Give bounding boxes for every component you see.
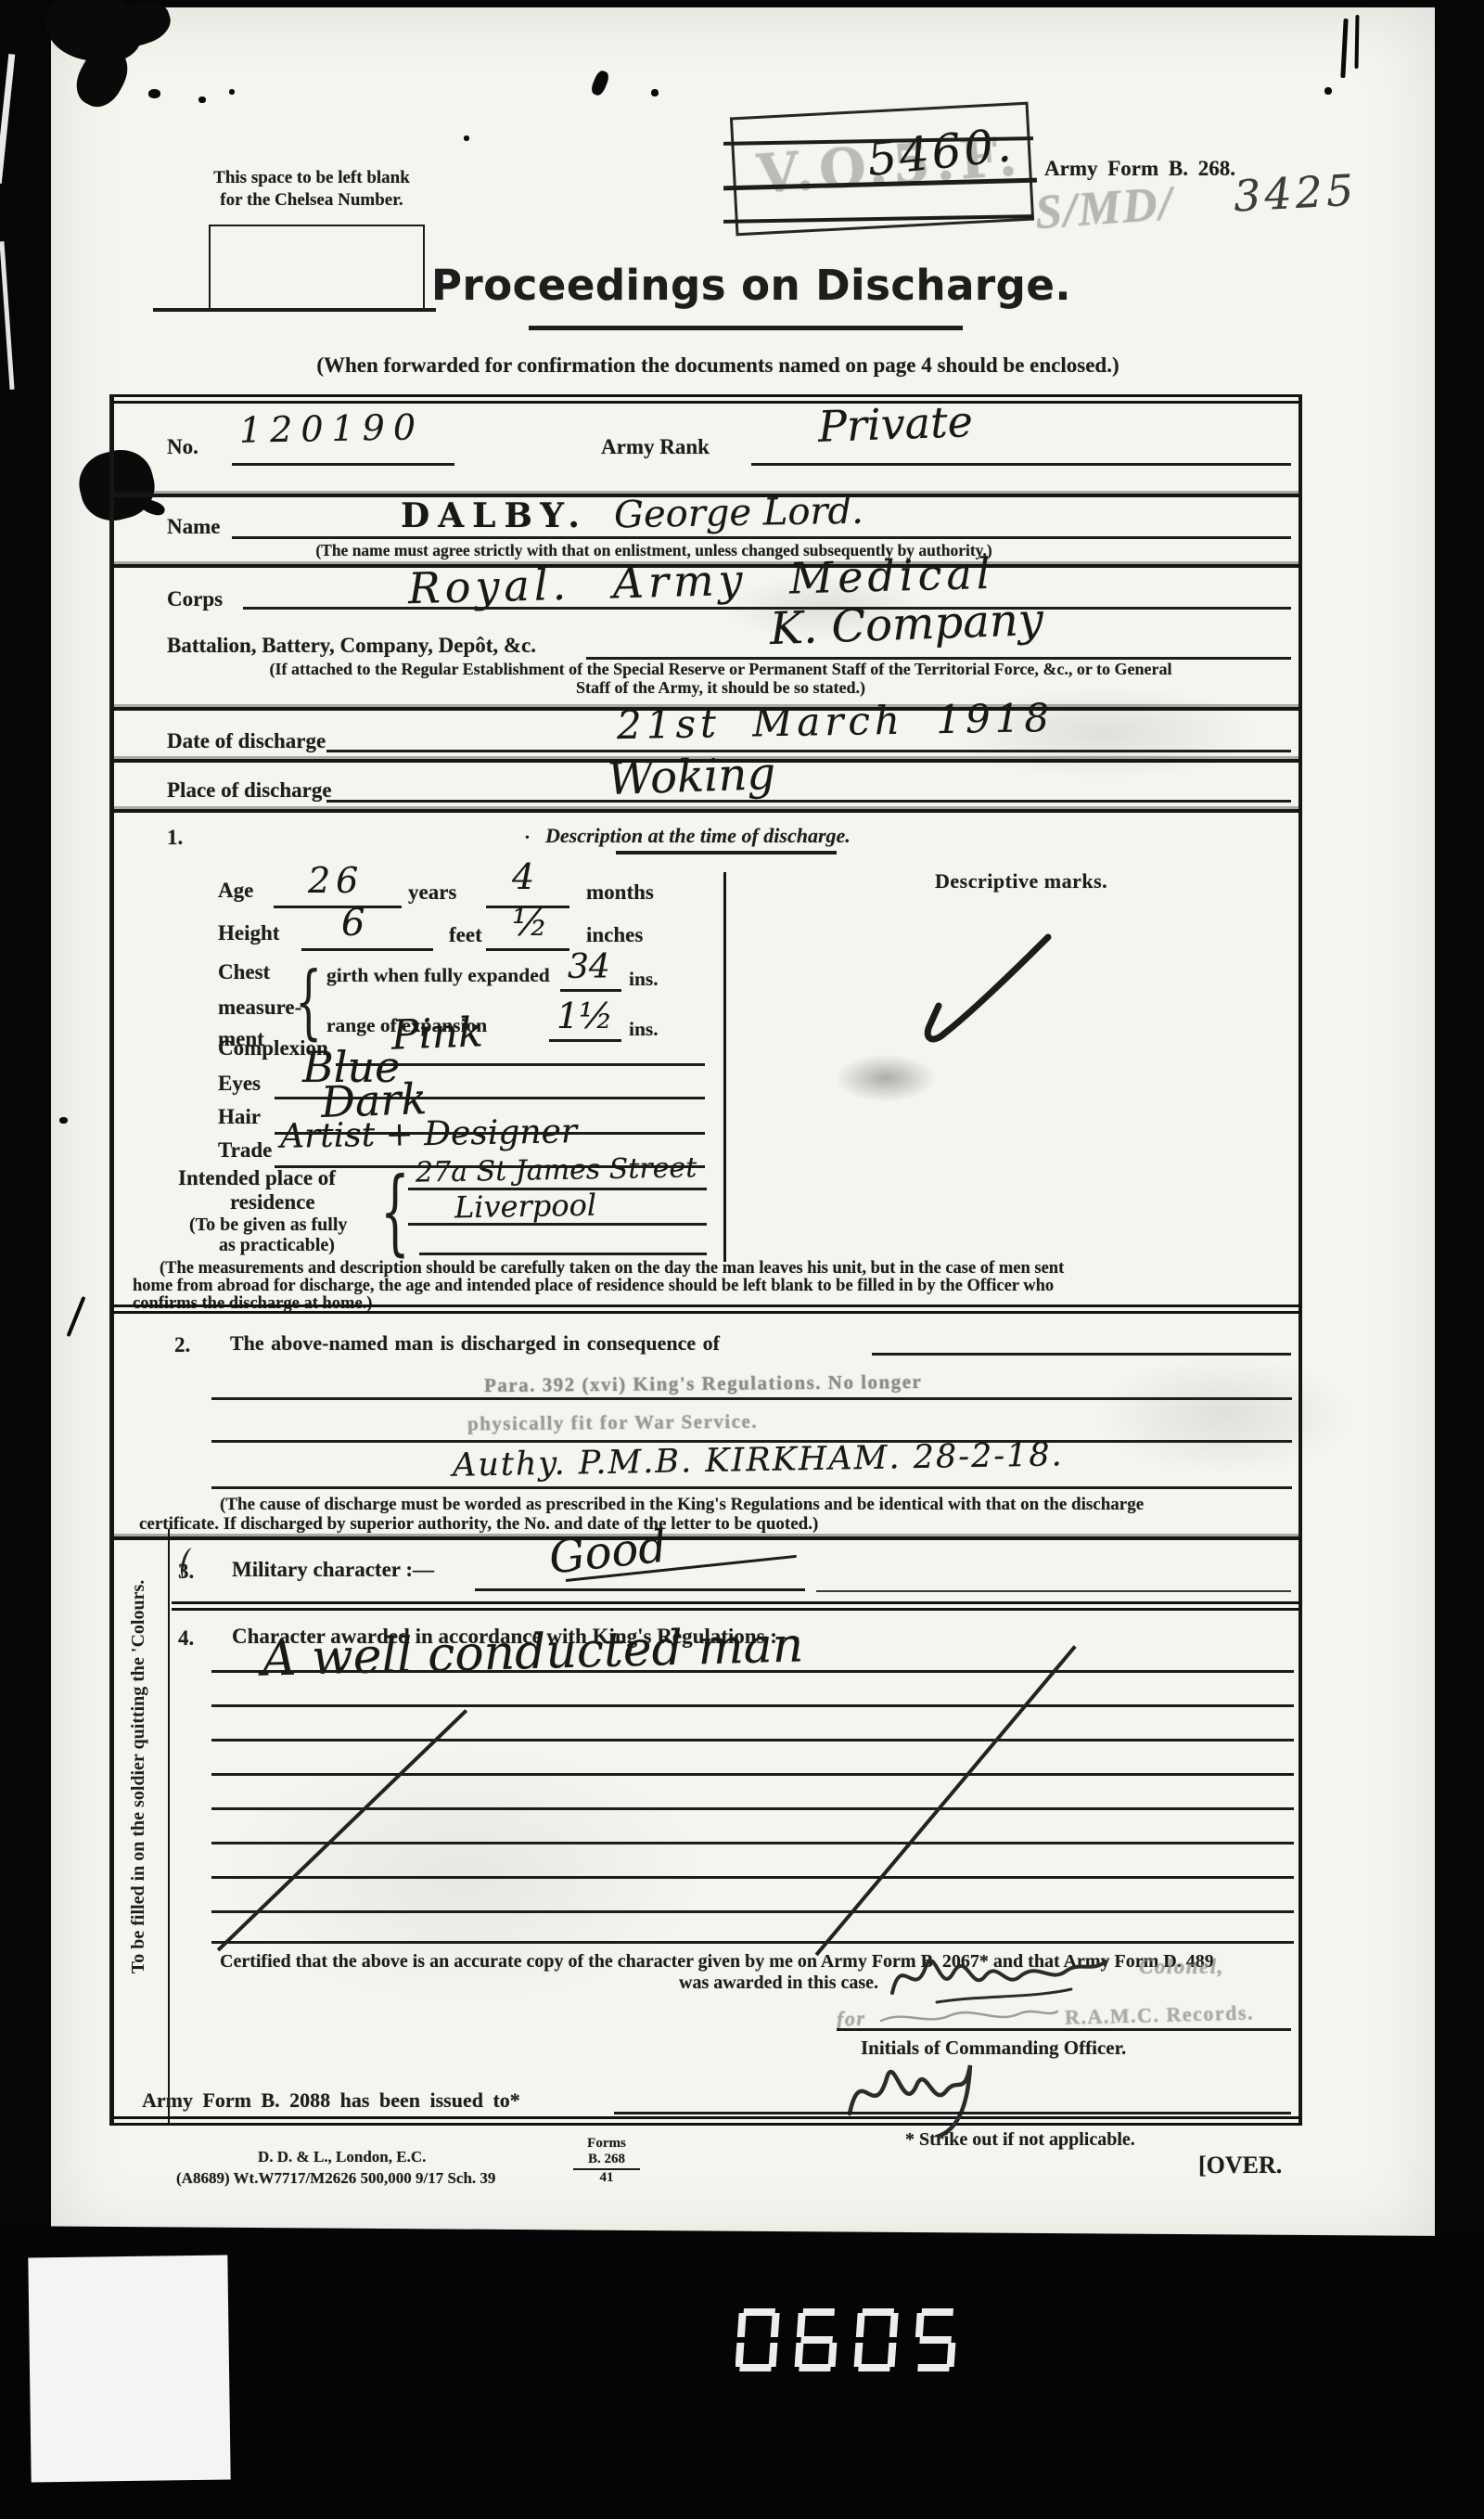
expansion-value: 1½ bbox=[556, 998, 613, 1035]
girth-value: 34 bbox=[568, 950, 610, 985]
section3-underline bbox=[475, 1588, 805, 1591]
sidebar-note: To be filled in on the soldier quitting … bbox=[128, 1526, 154, 2027]
ruled-line bbox=[211, 1773, 1294, 1776]
stamp-office: R.A.M.C. Records. bbox=[1065, 2001, 1254, 2027]
adjacent-page-sliver bbox=[0, 241, 15, 390]
section-separator bbox=[109, 1536, 1302, 1540]
residence-label-line2: residence bbox=[230, 1191, 315, 1214]
residence-value-line2: Liverpool bbox=[454, 1190, 597, 1224]
ink-speck bbox=[59, 1117, 68, 1124]
section2-text: The above-named man is discharged in con… bbox=[230, 1332, 720, 1354]
row-separator bbox=[109, 809, 1302, 813]
place-label: Place of discharge bbox=[167, 779, 332, 802]
section-separator bbox=[172, 1601, 1300, 1611]
height-inches-underline bbox=[486, 948, 569, 951]
reference-number: 3425 bbox=[1233, 168, 1358, 219]
expansion-unit: ins. bbox=[629, 1019, 659, 1040]
ink-smudge bbox=[835, 1054, 937, 1102]
ruled-line bbox=[211, 1842, 1294, 1844]
residence-brace: { bbox=[380, 1158, 410, 1266]
section1-number: 1. bbox=[167, 827, 183, 849]
scan-counter-digits bbox=[736, 2308, 967, 2373]
ink-speck bbox=[464, 135, 469, 141]
ruled-line bbox=[211, 1704, 1294, 1707]
trade-label: Trade bbox=[218, 1139, 272, 1162]
strike-note: * Strike out if not applicable. bbox=[905, 2130, 1135, 2150]
corps-label: Corps bbox=[167, 588, 223, 610]
section2-underline bbox=[872, 1353, 1291, 1356]
imprint-line2: (A8689) Wt.W7717/M2626 500,000 9/17 Sch.… bbox=[176, 2170, 495, 2187]
paper-smudge bbox=[1094, 1355, 1354, 1475]
rank-underline bbox=[751, 463, 1291, 466]
section3-label: Military character :— bbox=[232, 1559, 434, 1581]
date-label: Date of discharge bbox=[167, 730, 326, 752]
imprint-line1: D. D. & L., London, E.C. bbox=[258, 2149, 426, 2166]
ruled-line bbox=[211, 1910, 1294, 1913]
place-underline bbox=[326, 800, 1291, 803]
description-column-divider bbox=[723, 872, 726, 1262]
residence-label-line3: (To be given as fully bbox=[189, 1215, 347, 1235]
forms-word: Forms bbox=[573, 2136, 640, 2152]
trade-value: Artist + Designer bbox=[280, 1114, 578, 1154]
residence-label-line4: as practicable) bbox=[219, 1236, 335, 1255]
marks-heading: Descriptive marks. bbox=[935, 870, 1107, 892]
section2-number: 2. bbox=[174, 1334, 190, 1356]
name-surname-value: DALBY. bbox=[401, 499, 588, 534]
girth-label: girth when fully expanded bbox=[326, 965, 550, 986]
ruled-line bbox=[211, 1807, 1294, 1810]
cause-note-line2: certificate. If discharged by superior a… bbox=[139, 1515, 818, 1534]
battalion-note-line1: (If attached to the Regular Establishmen… bbox=[139, 661, 1302, 678]
corps-underline bbox=[243, 607, 1291, 610]
chest-label-line1: Chest bbox=[218, 961, 270, 983]
measurements-note-line2: home from abroad for discharge, the age … bbox=[133, 1278, 1054, 1295]
date-underline bbox=[326, 750, 1291, 752]
height-inches-unit: inches bbox=[586, 924, 643, 946]
chelsea-box-bottom-line bbox=[153, 308, 436, 312]
form-left-border bbox=[109, 394, 114, 2126]
stamped-cause-line2: physically fit for War Service. bbox=[467, 1411, 758, 1434]
age-years-underline bbox=[274, 906, 402, 908]
no-underline bbox=[232, 463, 454, 466]
chest-brace: { bbox=[295, 954, 322, 1049]
chelsea-note-line2: for the Chelsea Number. bbox=[176, 189, 447, 212]
eyes-label: Eyes bbox=[218, 1073, 261, 1095]
ink-speck bbox=[229, 89, 235, 95]
place-value: Woking bbox=[607, 751, 776, 803]
girth-unit: ins. bbox=[629, 969, 659, 990]
age-months-unit: months bbox=[586, 881, 654, 904]
section3-underline-faint bbox=[816, 1590, 1291, 1592]
ink-speck bbox=[198, 96, 206, 103]
cause-note-line1: (The cause of discharge must be worded a… bbox=[220, 1496, 1144, 1514]
ink-speck bbox=[1324, 87, 1332, 95]
title-underline bbox=[529, 326, 963, 330]
age-label: Age bbox=[218, 880, 253, 902]
cause-rule-3 bbox=[211, 1486, 1292, 1489]
rank-label: Army Rank bbox=[601, 436, 710, 458]
section1-heading: Description at the time of discharge. bbox=[545, 825, 851, 846]
section-separator bbox=[109, 1304, 1302, 1314]
section4-number: 4. bbox=[178, 1627, 194, 1650]
ruled-line bbox=[211, 1739, 1294, 1741]
battalion-value: K. Company bbox=[769, 597, 1043, 653]
forms-denominator: 41 bbox=[573, 2170, 640, 2186]
age-years-unit: years bbox=[408, 881, 456, 904]
no-value: 120190 bbox=[239, 409, 425, 449]
adjacent-page-sliver bbox=[0, 54, 15, 184]
subtitle: (When forwarded for confirmation the doc… bbox=[134, 354, 1301, 377]
name-underline bbox=[232, 536, 1291, 539]
section1-heading-underline bbox=[616, 851, 837, 855]
hair-label: Hair bbox=[218, 1106, 261, 1128]
name-given-value: George Lord. bbox=[614, 492, 864, 535]
measurements-note-line1: (The measurements and description should… bbox=[160, 1260, 1064, 1278]
girth-underline bbox=[560, 989, 621, 992]
stamp-rank: Colonel, bbox=[1139, 1956, 1224, 1978]
height-label: Height bbox=[218, 922, 279, 945]
no-label: No. bbox=[167, 436, 198, 458]
form-top-border bbox=[109, 394, 1302, 404]
complexion-value: Pink bbox=[390, 1011, 483, 1058]
form-bottom-border bbox=[109, 2116, 1302, 2126]
forms-number: B. 268 bbox=[573, 2152, 640, 2169]
battalion-note-line2: Staff of the Army, it should be so state… bbox=[139, 679, 1302, 697]
height-feet-underline bbox=[301, 948, 433, 951]
stamp-squiggle bbox=[876, 2002, 1062, 2030]
initials-rule bbox=[837, 2028, 1291, 2031]
signature-scrawl bbox=[833, 2049, 995, 2137]
certify-line2: was awarded in this case. bbox=[679, 1973, 878, 1993]
chelsea-note-line1: This space to be left blank bbox=[176, 167, 447, 189]
over-label: [OVER. bbox=[1198, 2153, 1282, 2178]
cause-rule-1 bbox=[211, 1397, 1292, 1400]
rank-value: Private bbox=[817, 399, 973, 449]
reference-prefix: S/MD/ bbox=[1033, 179, 1175, 239]
name-label: Name bbox=[167, 516, 220, 538]
residence-label-line1: Intended place of bbox=[178, 1167, 336, 1189]
residence-underline-2 bbox=[408, 1223, 707, 1226]
expansion-underline bbox=[549, 1039, 621, 1042]
height-inches-value: ½ bbox=[512, 904, 548, 943]
residence-underline-3 bbox=[419, 1253, 707, 1255]
stamped-cause-line1: Para. 392 (xvi) King's Regulations. No l… bbox=[484, 1371, 923, 1395]
issued-underline bbox=[614, 2112, 1291, 2114]
ruled-line bbox=[211, 1941, 1294, 1944]
sidebar-bracket-line bbox=[168, 1529, 170, 2123]
forms-fraction: Forms B. 268 41 bbox=[573, 2136, 640, 2186]
height-feet-unit: feet bbox=[449, 924, 482, 946]
battalion-label: Battalion, Battery, Company, Depôt, &c. bbox=[167, 635, 536, 657]
chelsea-note: This space to be left blank for the Chel… bbox=[176, 167, 447, 212]
height-feet-value: 6 bbox=[341, 904, 365, 943]
form-number: Army Form B. 268. bbox=[1044, 158, 1235, 180]
scanned-document-page: This space to be left blank for the Chel… bbox=[0, 0, 1484, 2519]
section1-bullet: • bbox=[525, 832, 530, 846]
age-years-value: 26 bbox=[308, 863, 364, 900]
document-title: Proceedings on Discharge. bbox=[390, 263, 1113, 307]
issued-text: Army Form B. 2088 has been issued to* bbox=[142, 2089, 520, 2111]
age-months-value: 4 bbox=[512, 859, 534, 896]
date-value: 21st March 1918 bbox=[617, 698, 1055, 746]
checkmark-handwritten bbox=[902, 926, 1059, 1065]
ink-speck bbox=[148, 89, 160, 98]
ruled-line bbox=[211, 1670, 1294, 1673]
ink-speck bbox=[651, 89, 659, 96]
ruled-line bbox=[211, 1876, 1294, 1879]
section3-number: 3. bbox=[178, 1561, 194, 1583]
scan-strip-white-box bbox=[28, 2256, 230, 2483]
residence-value-line1: 27a St James Street bbox=[416, 1153, 697, 1188]
stamp-for: for bbox=[837, 2007, 866, 2029]
form-right-border bbox=[1298, 394, 1302, 2126]
chest-label-line2: measure- bbox=[218, 996, 301, 1019]
